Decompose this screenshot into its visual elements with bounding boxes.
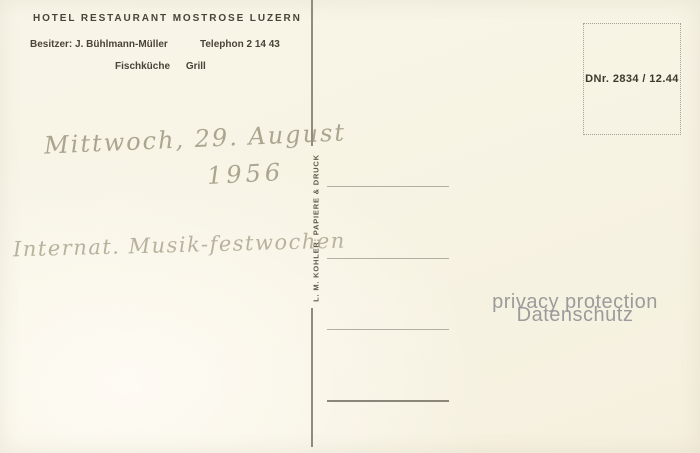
privacy-watermark: privacy protection Datenschutz — [455, 296, 695, 322]
watermark-line2: Datenschutz — [455, 309, 695, 322]
handwritten-note: Internat. Musik-festwochen — [13, 229, 346, 262]
phone-text: Telephon 2 14 43 — [200, 39, 280, 50]
owner-text: Besitzer: J. Bühlmann-Müller — [30, 39, 168, 50]
handwritten-date-line2: 1956 — [206, 158, 284, 190]
stamp-print-code: DNr. 2834 / 12.44 — [585, 73, 679, 85]
address-line-3 — [327, 329, 449, 330]
owner-phone-line: Besitzer: J. Bühlmann-Müller Telephon 2 … — [30, 39, 290, 53]
tagline-fischkueche: Fischküche — [115, 61, 170, 72]
address-line-2 — [327, 258, 449, 259]
handwritten-date-line1: Mittwoch, 29. August — [44, 118, 347, 159]
printer-imprint: L. M. KOHLER: PAPIERE & DRUCK — [312, 154, 321, 302]
address-line-1 — [327, 186, 449, 187]
postcard-back: HOTEL RESTAURANT MOSTROSE LUZERN Besitze… — [0, 0, 700, 453]
watermark-line1: privacy protection — [455, 296, 695, 309]
tagline-grill: Grill — [186, 61, 206, 72]
hotel-name: HOTEL RESTAURANT MOSTROSE LUZERN — [33, 13, 302, 24]
address-line-4 — [327, 400, 449, 402]
divider-line-top — [311, 0, 313, 146]
stamp-box: DNr. 2834 / 12.44 — [583, 23, 681, 135]
tagline: Fischküche Grill — [115, 61, 206, 72]
divider-line-bottom — [311, 308, 313, 447]
